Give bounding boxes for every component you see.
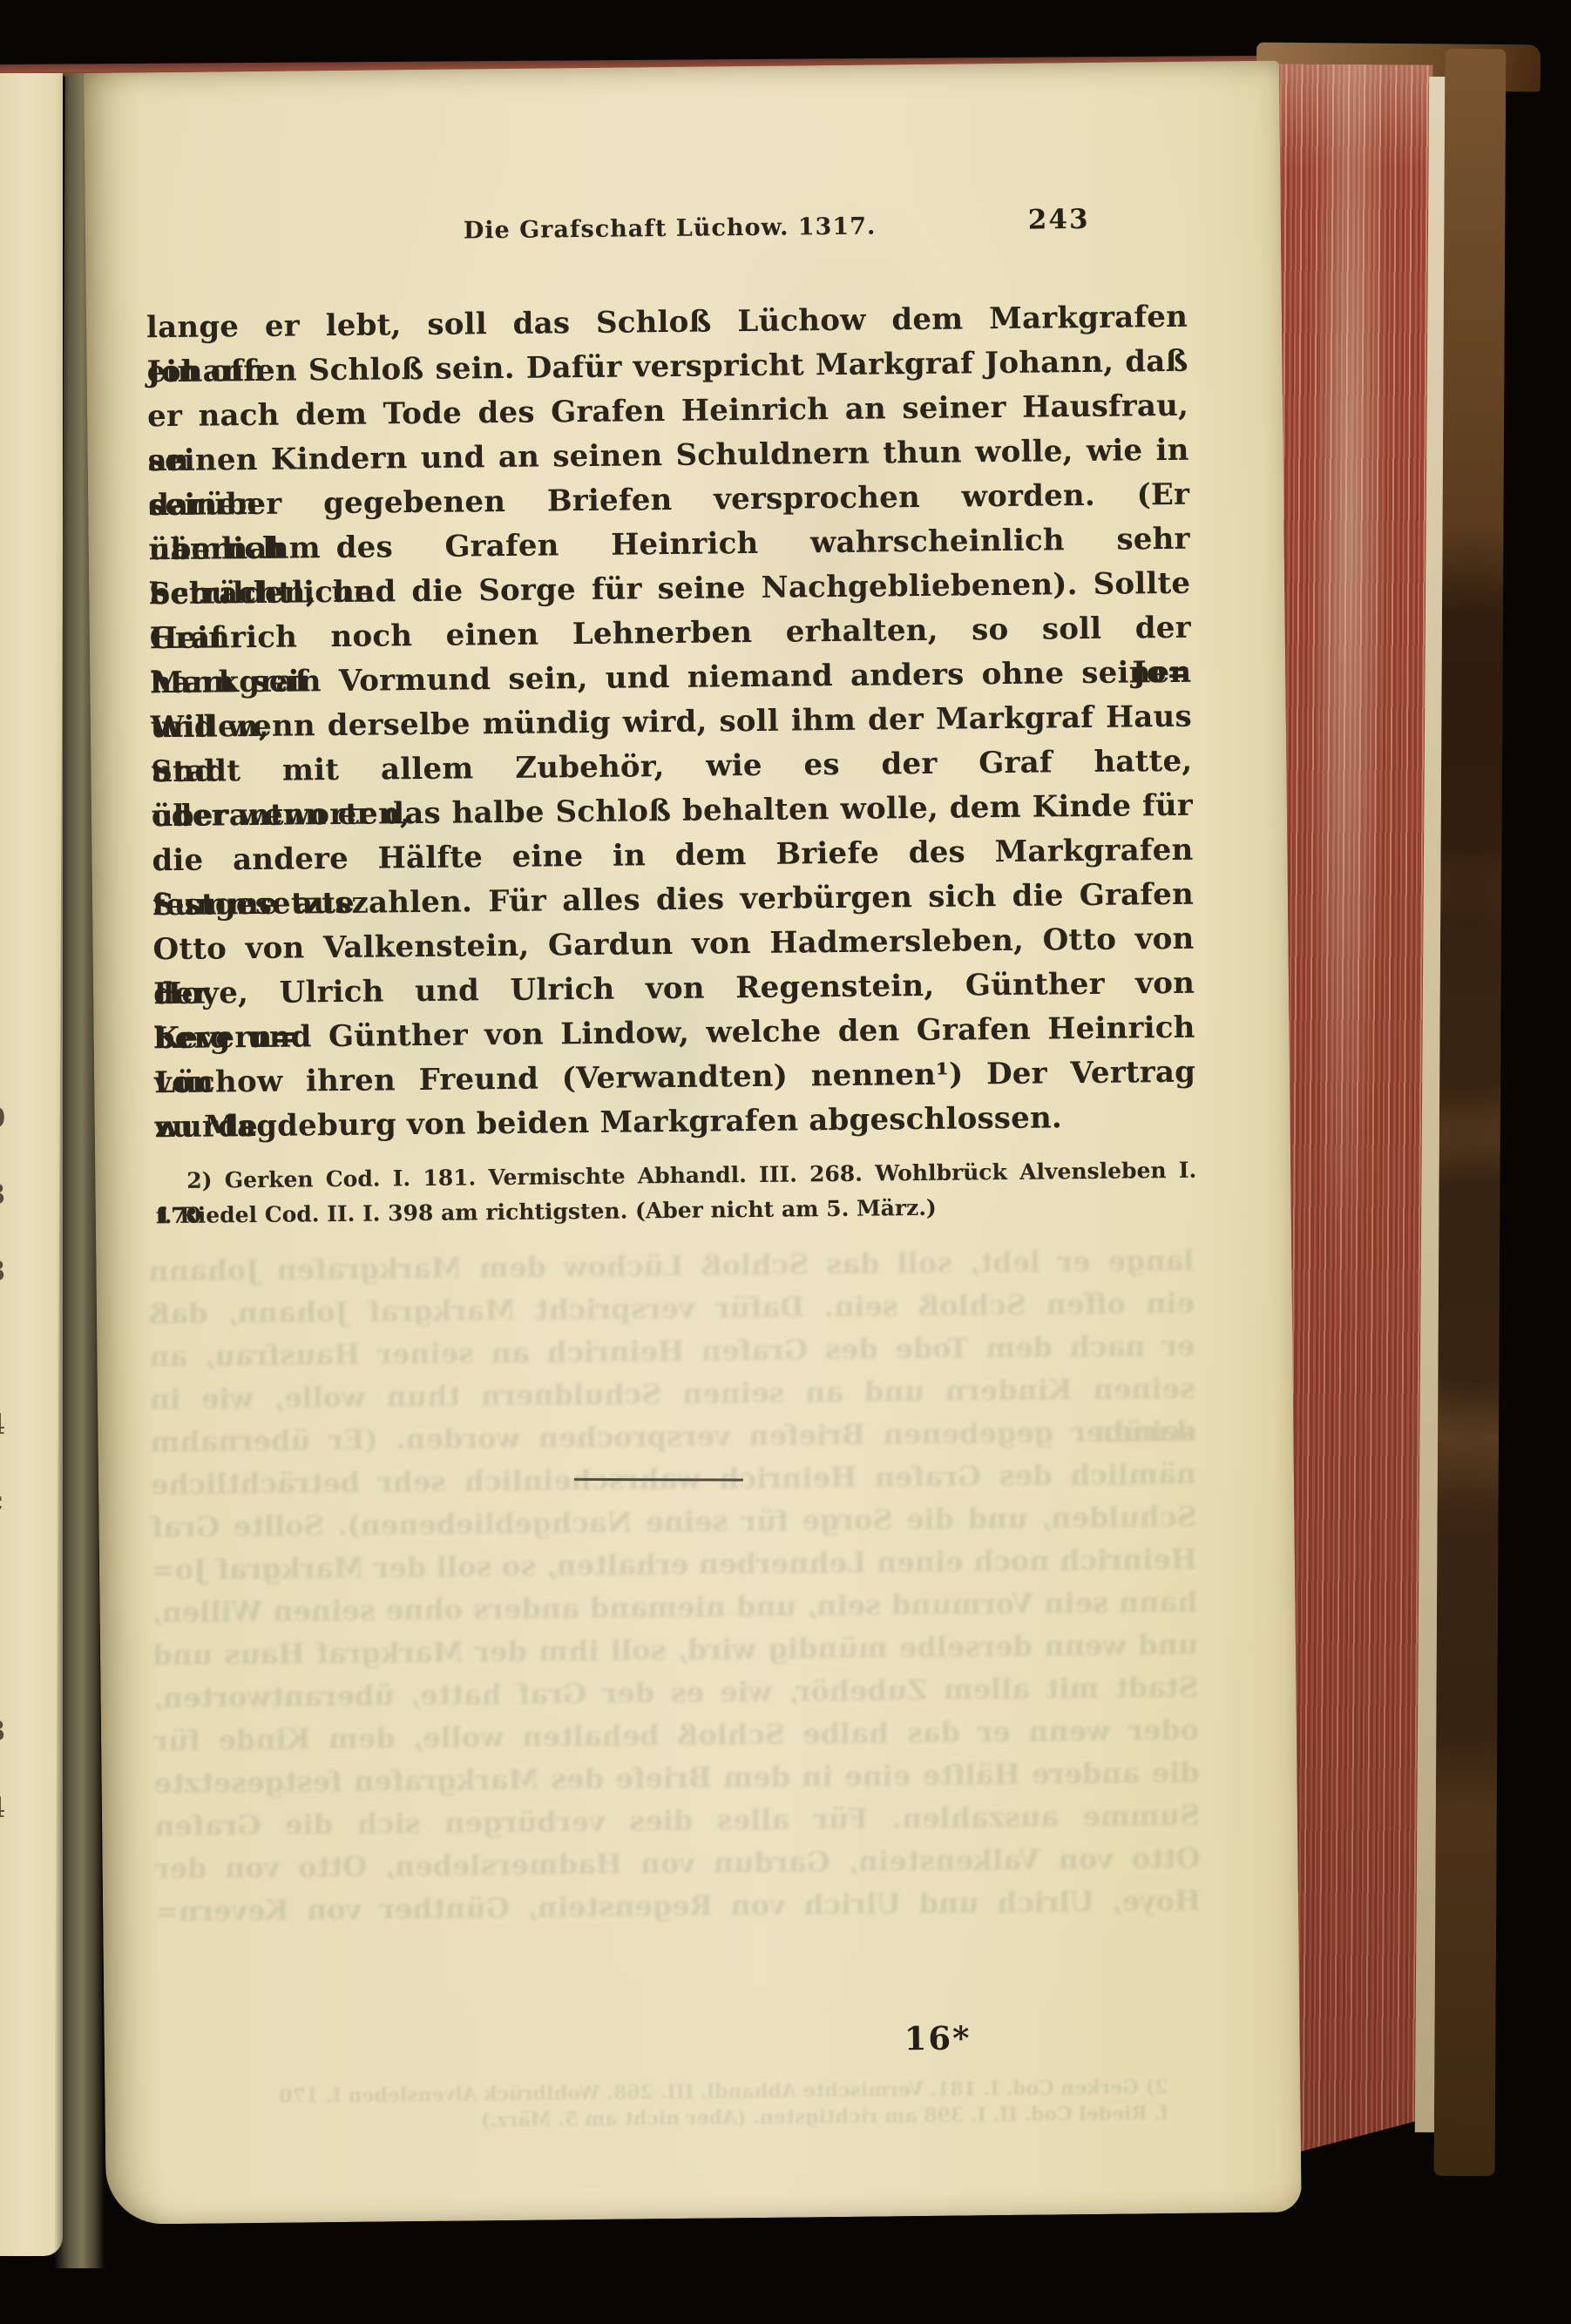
edge-mark: 3 [0, 1714, 5, 1747]
page-number: 243 [1028, 204, 1090, 236]
bleed-through-footnote: 2) Gerken Cod. I. 181. Vermischte Abhand… [209, 2074, 1168, 2137]
edge-mark: 3 [0, 1178, 5, 1211]
edge-mark: 0 [0, 1101, 5, 1134]
edge-mark: c [0, 1484, 3, 1517]
edge-mark: 4 [0, 1791, 5, 1824]
edge-mark: 4 [0, 1408, 5, 1441]
running-header: Die Grafschaft Lüchow. 1317. [464, 213, 877, 244]
footnote: 2) Gerken Cod. I. 181. Vermischte Abhand… [155, 1153, 1197, 1234]
edge-mark: 3 [0, 1254, 5, 1287]
body-text: lange er lebt, soll das Schloß Lüchow de… [146, 295, 1196, 1150]
signature-mark: 16* [904, 2018, 971, 2057]
book-cover [1434, 49, 1507, 2176]
book-scan: ) 0 3 3 t 4 c ( f 3 4 f Die Grafschaft L… [0, 0, 1571, 2324]
book-page: Die Grafschaft Lüchow. 1317. 243 lange e… [84, 61, 1302, 2225]
facing-page-edge: ) 0 3 3 t 4 c ( f 3 4 f [0, 73, 63, 2256]
bleed-through-text: lange er lebt, soll das Schloß Lüchow de… [148, 1240, 1201, 1934]
